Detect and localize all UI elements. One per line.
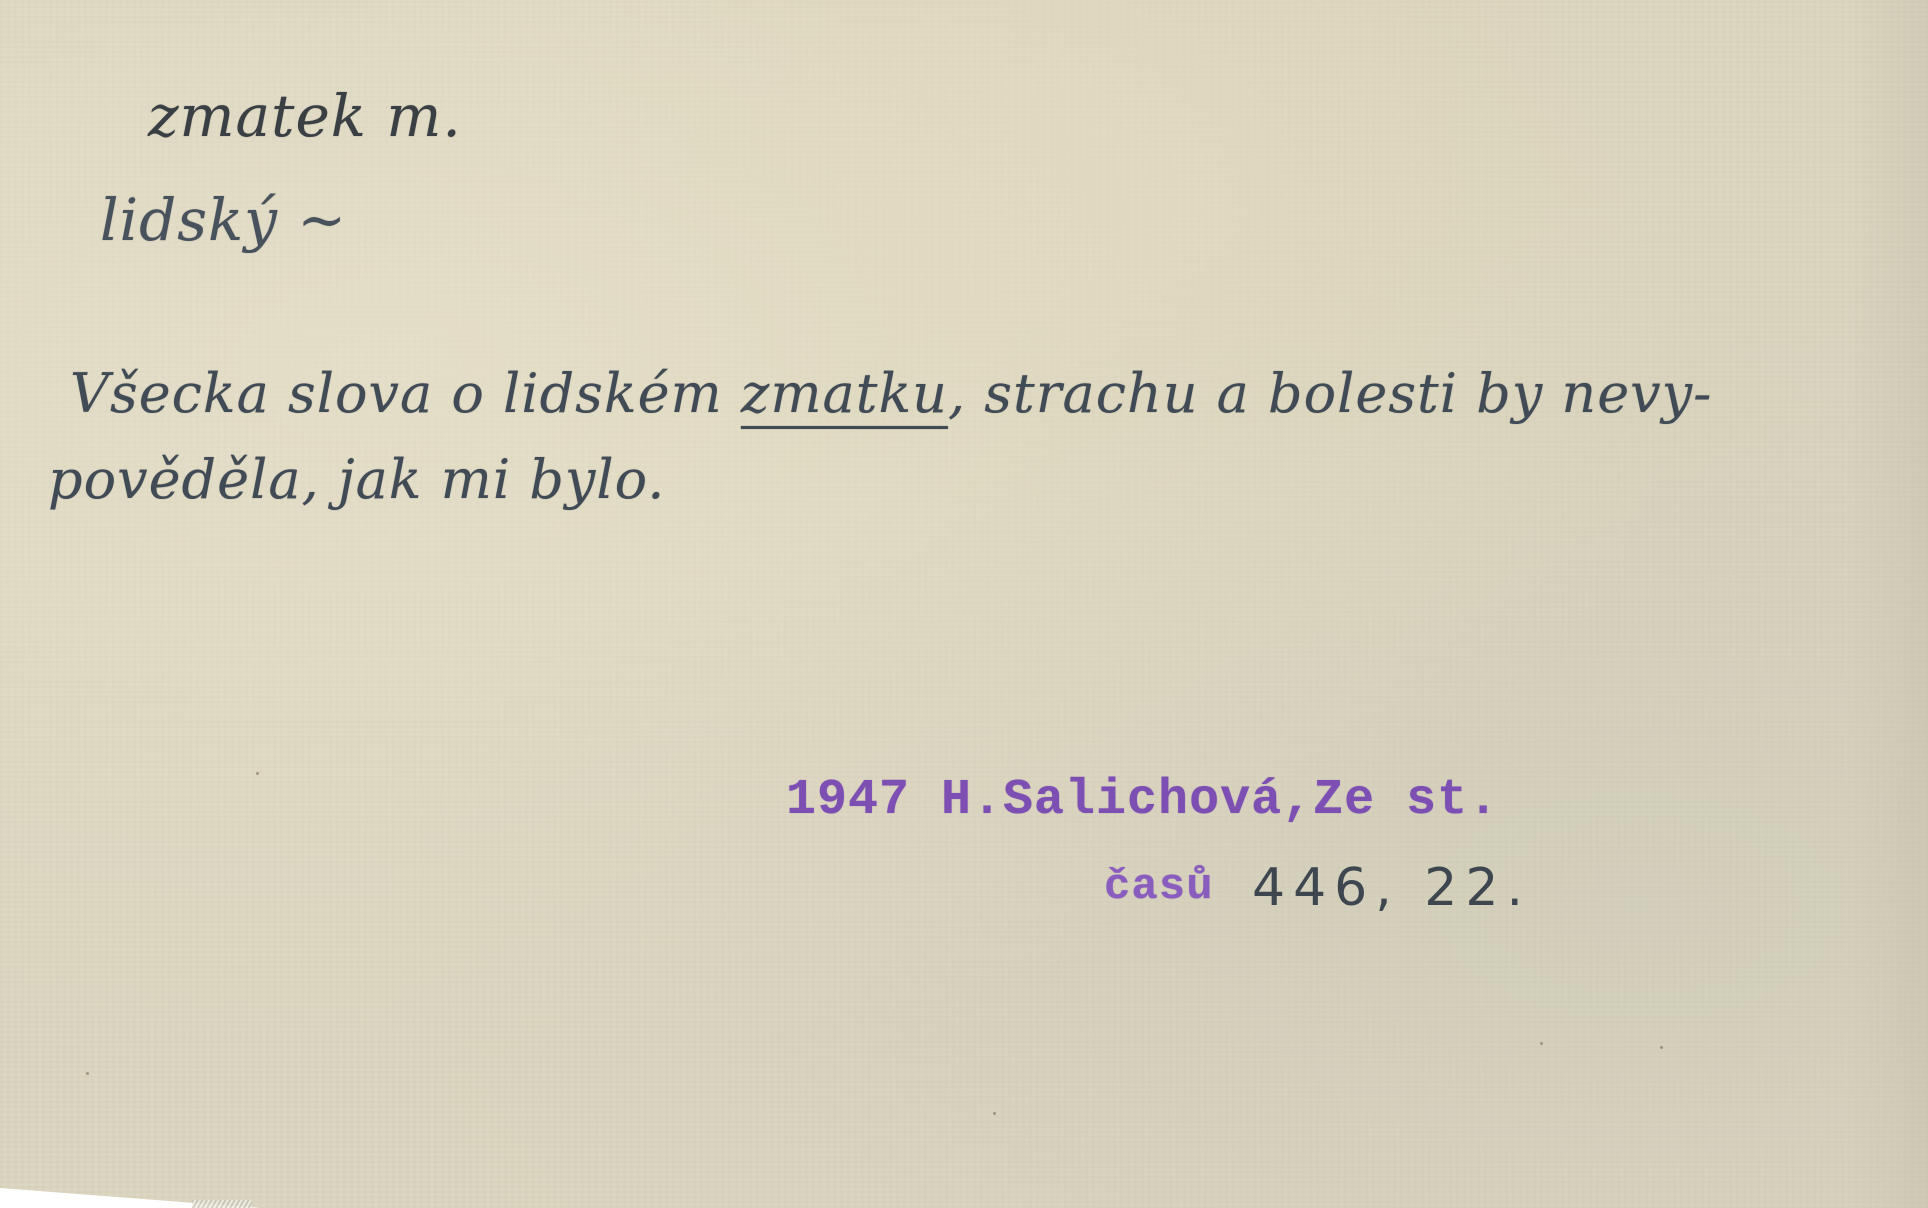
page-reference: 446, 22. — [1252, 858, 1531, 918]
paper-speck — [1660, 1046, 1663, 1049]
citation-text-after: , strachu a bolesti by nevy- — [948, 362, 1712, 425]
citation-line-2: pověděla, jak mi bylo. — [48, 448, 665, 511]
citation-line-1: Všecka slova o lidském zmatku, strachu a… — [70, 362, 1712, 425]
paper-speck — [1540, 1042, 1543, 1045]
citation-underlined-headword: zmatku — [741, 362, 948, 425]
headword: zmatek m. — [148, 82, 462, 150]
source-stamp-line-1: 1947 H.Salichová,Ze st. — [786, 772, 1499, 829]
paper-speck — [993, 1112, 996, 1115]
source-stamp-line-2: časů — [1104, 862, 1214, 912]
collocation-phrase: lidský ~ — [100, 186, 347, 254]
citation-text-before: Všecka slova o lidském — [70, 362, 741, 425]
scan-edge-artifact — [192, 1200, 252, 1208]
dictionary-slip: zmatek m. lidský ~ Všecka slova o lidské… — [0, 0, 1928, 1208]
paper-speck — [86, 1072, 89, 1075]
paper-speck — [256, 772, 259, 775]
